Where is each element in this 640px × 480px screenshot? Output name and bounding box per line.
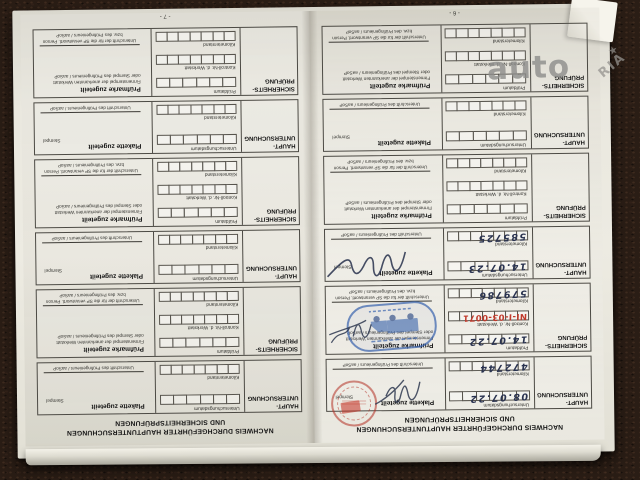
page-title-line1: NACHWEIS DURCHGEFÜHRTER HAUPTUNTERSUCHUN… — [67, 427, 274, 437]
digit-box — [226, 234, 239, 244]
digit-box — [472, 131, 486, 141]
hu-fields: Untersuchungsdatum Kilometerstand — [155, 361, 245, 413]
digit-box — [170, 135, 184, 145]
kilometerstand-field: Kilometerstand 585725 — [448, 230, 528, 246]
hauptuntersuchung-block: HAUPT- UNTERSUCHUNG Untersuchungsdatum K… — [35, 229, 301, 285]
pruefdatum-boxes — [157, 77, 237, 88]
digit-box — [180, 161, 193, 171]
digit-box — [460, 361, 473, 371]
kilometerstand-boxes: 472744 — [450, 360, 530, 371]
kilometerstand-field: Kilometerstand 472744 — [450, 360, 530, 376]
digit-box — [184, 208, 198, 218]
digit-box — [500, 204, 514, 214]
digit-box — [448, 334, 462, 344]
kilometerstand-label: Kilometerstand — [447, 111, 526, 117]
sicherheitspruefung-block: SICHERHEITS- PRÜFUNG Prüfdatum Kontroll-… — [34, 156, 300, 228]
firmenstempel-caption: Firmenstempel der anerkannten Werkstatt … — [340, 68, 430, 81]
page-title-line1: NACHWEIS DURCHGEFÜHRTER HAUPTUNTERSUCHUN… — [356, 423, 563, 433]
sicherheitspruefung-block: SICHERHEITS- PRÜFUNG Prüfdatum Kontroll-… — [324, 152, 590, 224]
untersuchungsdatum-boxes — [159, 264, 239, 275]
digit-box — [178, 54, 191, 64]
digit-box — [171, 265, 185, 275]
sp-stamp-area: Prüfmarke zugeteilt Firmenstempel der an… — [323, 25, 441, 93]
untersuchungsdatum-boxes: 08.07.22 — [450, 391, 530, 402]
digit-box — [170, 315, 183, 325]
digit-box — [445, 28, 458, 38]
digit-box — [214, 184, 227, 194]
kilometerstand-field: Kilometerstand — [159, 291, 239, 307]
kilometerstand-label: Kilometerstand — [447, 168, 526, 174]
untersuchungsdatum-label: Untersuchungsdatum — [157, 145, 236, 151]
untersuchungsdatum-boxes — [447, 131, 527, 142]
digit-box — [190, 104, 203, 114]
digit-box — [158, 291, 171, 301]
digit-box — [447, 204, 461, 214]
inspection-blocks: HAUPT- UNTERSUCHUNG Untersuchungsdatum K… — [32, 22, 302, 415]
kontrollnummer-boxes — [158, 184, 238, 195]
kilometerstand-label: Kilometerstand — [159, 244, 238, 250]
hu-stamp-area: Plakette zugeteilt Stempel Unterschrift … — [327, 358, 445, 410]
digit-box — [213, 104, 226, 114]
booklet-page-7: NACHWEIS DURCHGEFÜHRTER HAUPTUNTERSUCHUN… — [20, 11, 315, 447]
digit-box — [167, 104, 180, 114]
kilometerstand-label: Kilometerstand — [157, 114, 236, 120]
pruefdatum-field: Prüfdatum — [157, 77, 237, 93]
digit-box — [499, 131, 513, 141]
handwritten-kontrollnummer: NI-I-03-0071 — [463, 311, 528, 323]
pruefdatum-field: Prüfdatum — [160, 337, 240, 353]
digit-box — [202, 161, 215, 171]
digit-box — [182, 78, 196, 88]
kilometerstand-label: Kilometerstand — [446, 38, 525, 44]
kontrollnummer-label: Kontroll-Nr. d. Werkstatt — [448, 191, 527, 197]
signature-area: Unterschrift der für die SP verantwortl.… — [43, 292, 143, 307]
signature-line — [331, 171, 431, 173]
page-number: - 6 - — [310, 7, 600, 17]
hauptuntersuchung-block: HAUPT- UNTERSUCHUNG Untersuchungsdatum K… — [37, 359, 303, 415]
pen-signature — [324, 245, 410, 282]
sp-section-label: SICHERHEITS- PRÜFUNG — [533, 283, 591, 351]
hu-fields: Untersuchungsdatum Kilometerstand — [441, 97, 531, 149]
digit-box — [170, 291, 183, 301]
sicherheitspruefung-block: SICHERHEITS- PRÜFUNG Prüfdatum 14.07.22 … — [325, 282, 591, 354]
digit-box — [196, 77, 210, 87]
hu-section-label: HAUPT- UNTERSUCHUNG — [242, 230, 300, 282]
digit-box — [514, 100, 527, 110]
signature-area: Unterschrift des Prüfingenieurs / aaSoP — [333, 361, 433, 370]
digit-box — [156, 78, 170, 88]
kontrollnummer-label: Kontroll-Nr. d. Werkstatt — [158, 194, 237, 200]
digit-box — [169, 234, 182, 244]
digit-box — [168, 161, 181, 171]
digit-box — [203, 184, 216, 194]
signature-caption: Unterschrift des Prüfingenieurs / aaSoP — [42, 235, 142, 242]
pen-signature — [372, 375, 424, 408]
digit-box — [448, 288, 461, 298]
digit-box — [201, 31, 214, 41]
digit-box — [447, 231, 460, 241]
hu-fields: Untersuchungsdatum Kilometerstand — [153, 231, 243, 283]
stempel-label: Stempel — [46, 397, 64, 402]
hauptuntersuchung-block: HAUPT- UNTERSUCHUNG Untersuchungsdatum 1… — [324, 225, 590, 281]
kilometerstand-label: Kilometerstand — [156, 41, 235, 47]
pruefdatum-boxes: 14.07.22 — [449, 334, 529, 345]
digit-box — [185, 265, 199, 275]
sp-section-label: SICHERHEITS- PRÜFUNG — [531, 153, 589, 221]
signature-area: Unterschrift des Prüfingenieurs / aaSoP — [331, 231, 431, 240]
hu-stamp-area: Plakette zugeteilt Stempel Unterschrift … — [36, 232, 154, 284]
digit-box — [227, 291, 240, 301]
digit-box — [224, 54, 237, 64]
firmenstempel-caption: Firmenstempel der anerkannten Werkstatt … — [341, 198, 431, 211]
handwritten-km: 585725 — [477, 230, 527, 243]
digit-box — [226, 394, 240, 404]
untersuchungsdatum-label: Untersuchungsdatum — [447, 141, 526, 147]
signature-line — [42, 241, 142, 243]
digit-box — [445, 74, 459, 84]
kontrollnummer-boxes — [160, 314, 240, 325]
signature-line — [40, 111, 140, 113]
digit-box — [203, 234, 216, 244]
digit-box — [157, 185, 170, 195]
hu-stamp-area: Plakette zugeteilt Stempel Unterschrift … — [324, 98, 442, 150]
hauptuntersuchung-block: HAUPT- UNTERSUCHUNG Untersuchungsdatum 0… — [326, 355, 592, 411]
digit-box — [446, 158, 459, 168]
digit-box — [458, 158, 471, 168]
sicherheitspruefung-block: SICHERHEITS- PRÜFUNG Prüfdatum Kontroll-… — [33, 26, 299, 98]
digit-box — [448, 311, 461, 321]
digit-box — [458, 74, 472, 84]
digit-box — [155, 55, 168, 65]
page-title-line2: UND SICHERHEITSPRÜFUNGEN — [404, 414, 514, 422]
kilometerstand-field: Kilometerstand — [159, 234, 239, 250]
kilometerstand-field: Kilometerstand — [446, 27, 526, 43]
signature-caption: Unterschrift der für die SP verantwortl.… — [39, 32, 139, 45]
hu-fields: Untersuchungsdatum 08.07.22 Kilometersta… — [445, 357, 535, 409]
digit-box — [460, 204, 474, 214]
kontrollnummer-field: Kontroll-Nr. d. Werkstatt — [158, 184, 238, 200]
digit-box — [204, 291, 217, 301]
untersuchungsdatum-field: Untersuchungsdatum — [447, 131, 527, 147]
plakette-label: Plakette zugeteilt — [43, 402, 145, 410]
sp-stamp-area: Prüfmarke zugeteilt Firmenstempel der an… — [325, 155, 443, 223]
digit-box — [492, 157, 505, 167]
digit-box — [512, 131, 526, 141]
digit-box — [202, 104, 215, 114]
digit-box — [196, 134, 210, 144]
kontrollnummer-label: Kontroll-Nr. d. Werkstatt — [156, 64, 235, 70]
untersuchungsdatum-label: Untersuchungsdatum — [159, 275, 238, 281]
pen-signature — [327, 316, 375, 349]
untersuchungsdatum-field: Untersuchungsdatum — [157, 134, 237, 150]
digit-box — [171, 208, 185, 218]
firmenstempel-caption: Firmenstempel der anerkannten Werkstatt … — [50, 72, 140, 85]
pruefdatum-label: Prüfdatum — [158, 218, 237, 224]
digit-box — [158, 265, 172, 275]
sp-section-label: SICHERHEITS- PRÜFUNG — [243, 287, 301, 355]
digit-box — [201, 54, 214, 64]
hu-section-label: HAUPT- UNTERSUCHUNG — [241, 100, 299, 152]
kilometerstand-boxes — [159, 291, 239, 302]
digit-box — [513, 27, 526, 37]
pruefdatum-boxes — [448, 204, 528, 215]
sp-stamp-area: Prüfmarke zugeteilt Firmenstempel der an… — [35, 159, 153, 227]
digit-box — [158, 234, 171, 244]
kilometerstand-field: Kilometerstand — [158, 161, 238, 177]
plakette-label: Plakette zugeteilt — [329, 138, 431, 146]
pruefdatum-label: Prüfdatum — [160, 348, 239, 354]
digit-box — [191, 161, 204, 171]
digit-box — [225, 161, 238, 171]
digit-box — [205, 364, 218, 374]
page-title-line2: UND SICHERHEITSPRÜFUNGEN — [115, 418, 225, 426]
hu-section-label: HAUPT- UNTERSUCHUNG — [534, 356, 592, 408]
page-title: NACHWEIS DURCHGEFÜHRTER HAUPTUNTERSUCHUN… — [37, 416, 303, 438]
sp-fields: Prüfdatum Kontroll-Nr. d. Werkstatt Kilo… — [151, 28, 241, 96]
digit-box — [212, 337, 226, 347]
kilometerstand-boxes — [446, 27, 526, 38]
digit-box — [503, 157, 516, 167]
digit-box — [469, 158, 482, 168]
digit-box — [214, 161, 227, 171]
digit-box — [159, 364, 172, 374]
firmenstempel-caption: Firmenstempel der anerkannten Werkstatt … — [52, 202, 142, 215]
kontrollnummer-field: Kontroll-Nr. d. Werkstatt — [447, 180, 527, 196]
kilometerstand-label: Kilometerstand — [159, 301, 238, 307]
stempel-label: Stempel — [43, 137, 61, 142]
digit-box — [503, 100, 516, 110]
kilometerstand-label: Kilometerstand — [158, 171, 237, 177]
sp-stamp-area: Prüfmarke zugeteilt Firmenstempel der an… — [326, 285, 444, 353]
digit-box — [192, 234, 205, 244]
signature-line — [43, 304, 143, 306]
digit-box — [445, 51, 458, 61]
kilometerstand-boxes — [157, 104, 237, 115]
firmenstempel-caption: Firmenstempel der anerkannten Werkstatt … — [53, 332, 143, 345]
digit-box — [186, 395, 200, 405]
kilometerstand-field: Kilometerstand — [156, 31, 236, 47]
digit-box — [157, 161, 170, 171]
digit-box — [211, 207, 225, 217]
signature-line — [44, 371, 144, 373]
pruefmarke-label: Prüfmarke zugeteilt — [41, 215, 143, 223]
kilometerstand-boxes — [447, 157, 527, 168]
pruefmarke-label: Prüfmarke zugeteilt — [329, 81, 431, 89]
digit-box — [167, 55, 180, 65]
hu-section-label: HAUPT- UNTERSUCHUNG — [530, 96, 588, 148]
signature-line — [331, 238, 431, 240]
plakette-label: Plakette zugeteilt — [41, 272, 143, 280]
digit-box — [159, 315, 172, 325]
signature-caption: Unterschrift des Prüfingenieurs / aaSoP — [331, 231, 431, 238]
pruefmarke-label: Prüfmarke zugeteilt — [42, 345, 144, 353]
hauptuntersuchung-block: HAUPT- UNTERSUCHUNG Untersuchungsdatum K… — [33, 99, 299, 155]
sp-fields: Prüfdatum Kontroll-Nr. d. Werkstatt Kilo… — [154, 288, 244, 356]
digit-box — [457, 101, 470, 111]
signature-line — [41, 174, 141, 176]
digit-box — [159, 338, 173, 348]
digit-box — [486, 131, 500, 141]
digit-box — [160, 395, 174, 405]
digit-box — [179, 104, 192, 114]
digit-box — [480, 157, 493, 167]
digit-box — [491, 100, 504, 110]
digit-box — [449, 391, 463, 401]
digit-box — [502, 27, 515, 37]
digit-box — [224, 207, 238, 217]
signature-area: Unterschrift des Prüfingenieurs / aaSoP — [40, 105, 140, 114]
sicherheitspruefung-block: SICHERHEITS- PRÜFUNG Prüfdatum Kontroll-… — [36, 286, 302, 358]
signature-caption: Unterschrift der für die SP verantwortl.… — [331, 158, 431, 171]
untersuchungsdatum-boxes: 14.07.23 — [448, 261, 528, 272]
hu-section-label: HAUPT- UNTERSUCHUNG — [244, 360, 302, 412]
digit-box — [479, 27, 492, 37]
digit-box — [181, 291, 194, 301]
signature-caption: Unterschrift der für die SP verantwortl.… — [43, 292, 143, 305]
digit-box — [180, 184, 193, 194]
kilometerstand-label: Kilometerstand — [160, 374, 239, 380]
digit-box — [157, 208, 171, 218]
handwritten-km: 579786 — [477, 287, 527, 300]
digit-box — [190, 54, 203, 64]
digit-box — [447, 261, 461, 271]
digit-box — [173, 395, 187, 405]
digit-box — [513, 204, 527, 214]
signature-area: Unterschrift des Prüfingenieurs / aaSoP — [42, 235, 142, 244]
sp-section-label: SICHERHEITS- PRÜFUNG — [242, 157, 300, 225]
pruefdatum-label: Prüfdatum — [157, 88, 236, 94]
stempel-label: Stempel — [44, 267, 62, 272]
untersuchungsdatum-field: Untersuchungsdatum 08.07.22 — [450, 391, 530, 407]
untersuchungsdatum-field: Untersuchungsdatum — [159, 264, 239, 280]
pruefdatum-field: Prüfdatum 14.07.22 — [449, 334, 529, 350]
digit-box — [180, 234, 193, 244]
pruefdatum-field: Prüfdatum — [158, 207, 238, 223]
sp-fields: Prüfdatum Kontroll-Nr. d. Werkstatt Kilo… — [153, 158, 243, 226]
hu-fields: Untersuchungsdatum 14.07.23 Kilometersta… — [443, 227, 533, 279]
digit-box — [487, 204, 501, 214]
digit-box — [459, 288, 472, 298]
signature-line — [330, 108, 430, 110]
digit-box — [156, 104, 169, 114]
signature-line — [329, 41, 429, 43]
digit-box — [193, 314, 206, 324]
digit-box — [209, 77, 223, 87]
digit-box — [225, 337, 239, 347]
kilometerstand-boxes — [160, 364, 240, 375]
digit-box — [215, 234, 228, 244]
handwritten-km: 472744 — [478, 360, 528, 373]
untersuchungsdatum-boxes — [160, 394, 240, 405]
digit-box — [480, 100, 493, 110]
pruefdatum-boxes — [158, 207, 238, 218]
digit-box — [204, 314, 217, 324]
digit-box — [156, 135, 170, 145]
kilometerstand-boxes — [156, 31, 236, 42]
digit-box — [445, 101, 458, 111]
digit-box — [473, 204, 487, 214]
digit-box — [472, 74, 486, 84]
kilometerstand-field: Kilometerstand — [157, 104, 237, 120]
digit-box — [183, 135, 197, 145]
hu-section-label: HAUPT- UNTERSUCHUNG — [532, 226, 590, 278]
signature-area: Unterschrift der für die SP verantwortl.… — [331, 158, 431, 173]
signature-caption: Unterschrift der für die SP verantwortl.… — [329, 28, 429, 41]
kontrollnummer-field: Kontroll-Nr. d. Werkstatt — [156, 54, 236, 70]
digit-box — [216, 314, 229, 324]
pruefdatum-label: Prüfdatum — [448, 214, 527, 220]
digit-box — [458, 181, 471, 191]
digit-box — [468, 101, 481, 111]
hauptuntersuchung-block: HAUPT- UNTERSUCHUNG Untersuchungsdatum K… — [323, 95, 589, 151]
digit-box — [504, 180, 517, 190]
digit-box — [178, 31, 191, 41]
digit-box — [225, 184, 238, 194]
untersuchungsdatum-boxes — [157, 134, 237, 145]
digit-box — [490, 27, 503, 37]
kilometerstand-boxes: 579786 — [449, 287, 529, 298]
kilometerstand-field: Kilometerstand — [447, 157, 527, 173]
digit-box — [515, 180, 528, 190]
digit-box — [213, 394, 227, 404]
kilometerstand-boxes — [158, 161, 238, 172]
digit-box — [181, 314, 194, 324]
digit-box — [167, 31, 180, 41]
digit-box — [456, 51, 469, 61]
digit-box — [210, 134, 224, 144]
pruefdatum-boxes — [160, 337, 240, 348]
signature-line — [40, 44, 140, 46]
digit-box — [225, 264, 239, 274]
digit-box — [182, 364, 195, 374]
digit-box — [197, 207, 211, 217]
digit-box — [225, 104, 238, 114]
digit-box — [223, 134, 237, 144]
stempel-label: Stempel — [332, 133, 350, 138]
signature-caption: Unterschrift des Prüfingenieurs / aaSoP — [333, 361, 433, 368]
digit-box — [198, 264, 212, 274]
digit-box — [191, 184, 204, 194]
sp-fields: Prüfdatum 14.07.22 Kontroll-Nr. d. Werks… — [444, 284, 534, 352]
signature-area: Unterschrift der für die SP verantwortl.… — [41, 162, 141, 177]
signature-area: Unterschrift der für die SP verantwortl.… — [329, 28, 429, 43]
kontrollnummer-field: Kontroll-Nr. d. Werkstatt — [160, 314, 240, 330]
digit-box — [193, 291, 206, 301]
kilometerstand-field: Kilometerstand 579786 — [449, 287, 529, 303]
digit-box — [449, 361, 462, 371]
digit-box — [228, 364, 241, 374]
kilometerstand-boxes — [159, 234, 239, 245]
digit-box — [481, 181, 494, 191]
hu-stamp-area: Plakette zugeteilt Stempel Unterschrift … — [325, 228, 443, 280]
kontrollnummer-label: Kontroll-Nr. d. Werkstatt — [160, 324, 239, 330]
signature-area: Unterschrift des Prüfingenieurs / aaSoP — [44, 365, 144, 374]
photo-background: NACHWEIS DURCHGEFÜHRTER HAUPTUNTERSUCHUN… — [0, 0, 640, 480]
sp-fields: Prüfdatum Kontroll-Nr. d. Werkstatt Kilo… — [442, 154, 532, 222]
digit-box — [168, 185, 181, 195]
digit-box — [459, 131, 473, 141]
digit-box — [515, 157, 528, 167]
digit-box — [200, 394, 214, 404]
digit-box — [458, 231, 471, 241]
signature-area: Unterschrift der für die SP verantwortl.… — [39, 32, 139, 47]
hu-stamp-area: Plakette zugeteilt Stempel Unterschrift … — [34, 102, 152, 154]
digit-box — [467, 28, 480, 38]
pruefmarke-label: Prüfmarke zugeteilt — [330, 211, 432, 219]
digit-box — [212, 31, 225, 41]
digit-box — [155, 31, 168, 41]
plakette-label: Plakette zugeteilt — [40, 142, 142, 150]
